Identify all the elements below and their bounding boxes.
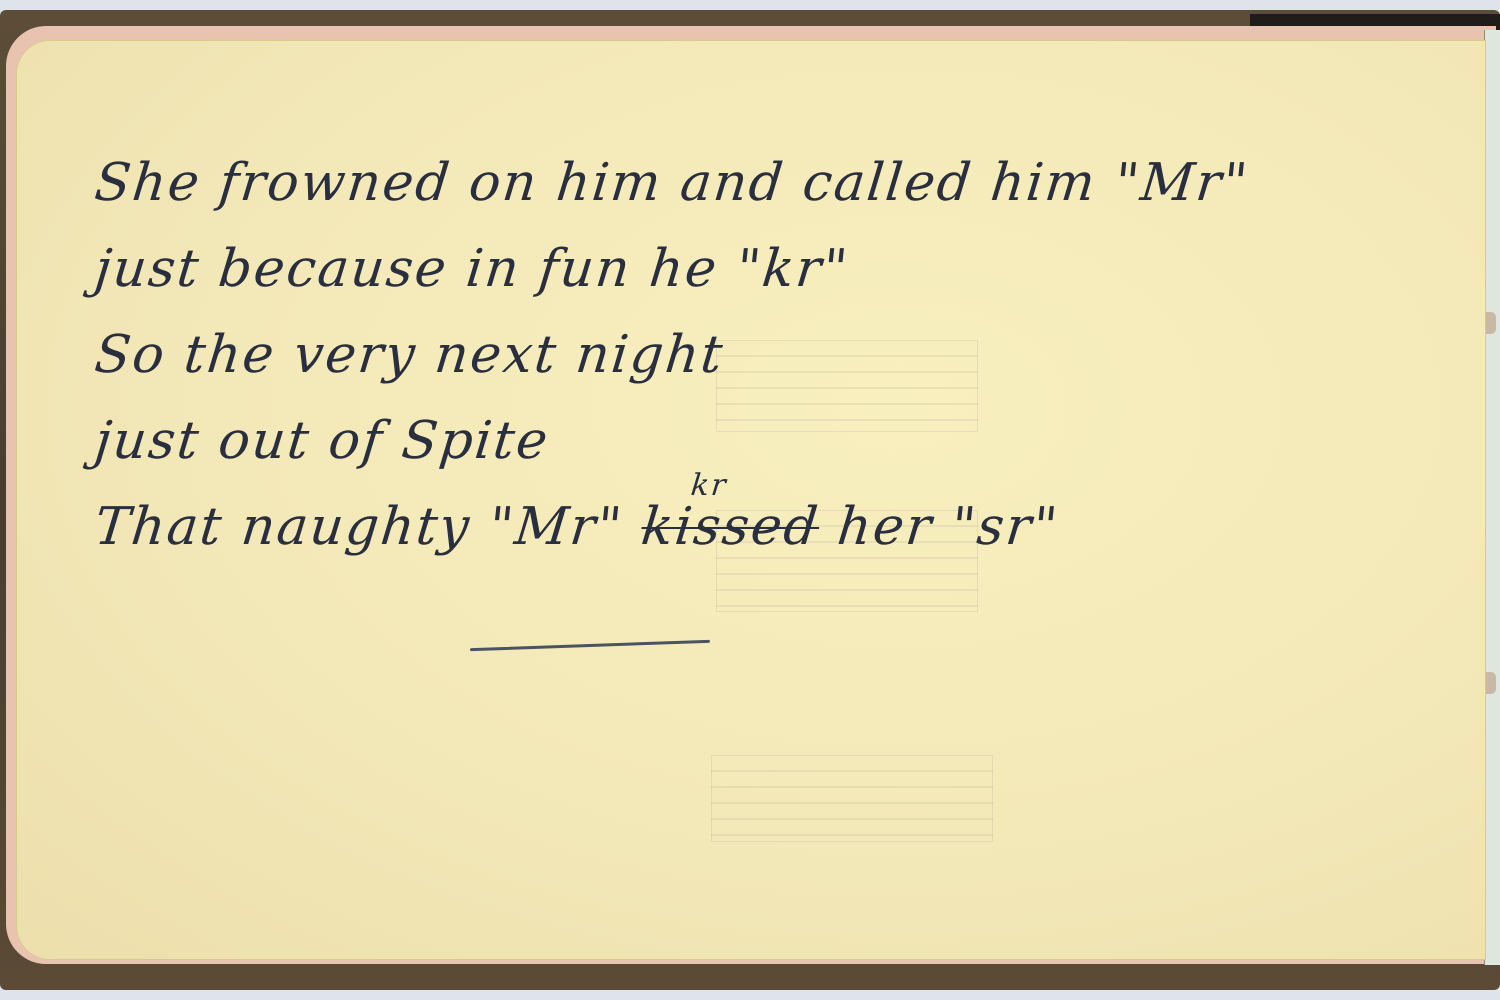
verse-line-5-end: her "sr" — [816, 497, 1062, 557]
struck-word: kissedkr — [638, 497, 822, 557]
verse-line-5-start: That naughty "Mr" — [92, 497, 645, 557]
show-through-mark — [711, 755, 993, 842]
verse-line-1: She frowned on him and called him "Mr" — [90, 140, 1399, 226]
struck-word-text: kissed — [638, 497, 822, 557]
handwritten-verse: She frowned on him and called him "Mr" j… — [95, 140, 1395, 570]
verse-line-2: just because in fun he "kr" — [90, 226, 1399, 312]
verse-line-5: That naughty "Mr" kissedkr her "sr" — [90, 484, 1399, 570]
verse-line-4: just out of Spite — [90, 398, 1399, 484]
verse-line-3: So the very next night — [90, 312, 1399, 398]
facing-page-edge — [1484, 30, 1500, 965]
correction-superscript: kr — [689, 471, 729, 501]
